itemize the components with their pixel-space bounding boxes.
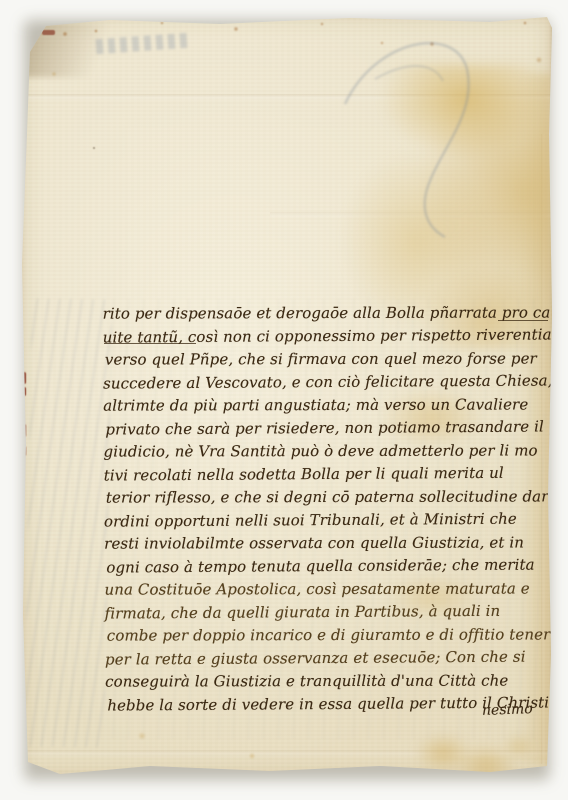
manuscript-line: ogni caso à tempo tenuta quella consider… — [106, 553, 550, 579]
horizontal-crease — [20, 750, 552, 757]
manuscript-line: privato che sarà per risiedere, non poti… — [105, 415, 549, 441]
manuscript-line: una Costituōe Apostolica, così pesatamen… — [104, 577, 550, 601]
red-binding-mark — [20, 372, 26, 384]
water-stain-top-right — [320, 64, 552, 349]
manuscript-line: resti inviolabilmte osservata con quella… — [104, 531, 550, 555]
foxing-spots — [20, 14, 552, 778]
manuscript-line: terior riflesso, e che si degni cō pater… — [106, 485, 550, 509]
scan-background: rito per dispensaōe et derogaōe alla Bol… — [0, 0, 568, 800]
catchword: nesimo — [482, 701, 533, 719]
stain-middle-right — [382, 389, 482, 447]
horizontal-crease — [20, 94, 552, 101]
horizontal-crease — [270, 212, 552, 218]
manuscript-line: rito per dispensaōe et derogaōe alla Bol… — [103, 301, 549, 325]
manuscript-text-block: rito per dispensaōe et derogaōe alla Bol… — [102, 300, 551, 741]
stain-lower-right — [388, 576, 478, 618]
manuscript-line: tivi recolati nella sodetta Bolla per li… — [104, 461, 550, 487]
manuscript-page: rito per dispensaōe et derogaōe alla Bol… — [20, 14, 552, 778]
faint-pencil-mark-top-left — [96, 33, 189, 54]
manuscript-line: verso quel Pñpe, che si firmava con quel… — [105, 347, 549, 371]
underline-stroke — [498, 320, 548, 321]
red-binding-mark — [42, 30, 55, 35]
vertical-crease — [541, 134, 546, 764]
manuscript-line: uite tantũ, così non ci opponessimo per … — [103, 323, 549, 349]
manuscript-line: combe per doppio incarico e di giuramto … — [107, 623, 551, 647]
paper-grain-texture — [20, 14, 552, 778]
manuscript-line: conseguirà la Giustizia e tranquillità d… — [105, 669, 551, 693]
manuscript-line: ordini opportuni nelli suoi Tribunali, e… — [104, 507, 550, 533]
bleedthrough-squiggle — [315, 19, 530, 244]
stain-right-edge — [518, 74, 552, 764]
manuscript-line: altrimte da più parti angustiata; mà ver… — [103, 393, 549, 417]
underline-stroke — [104, 343, 196, 344]
manuscript-line: per la retta e giusta osservanza et esec… — [105, 645, 551, 671]
manuscript-line: succedere al Vescovato, e con ciò felici… — [103, 369, 549, 395]
ink-bleedthrough-left-margin — [24, 298, 112, 747]
ink-bleedthrough-top-right — [315, 19, 530, 244]
manuscript-line: firmata, che da quelli giurata in Partib… — [105, 599, 551, 625]
ink-bleedthrough-under-text — [105, 299, 545, 739]
manuscript-line: giudicio, nè Vra Santità può ò deve adme… — [103, 439, 549, 463]
